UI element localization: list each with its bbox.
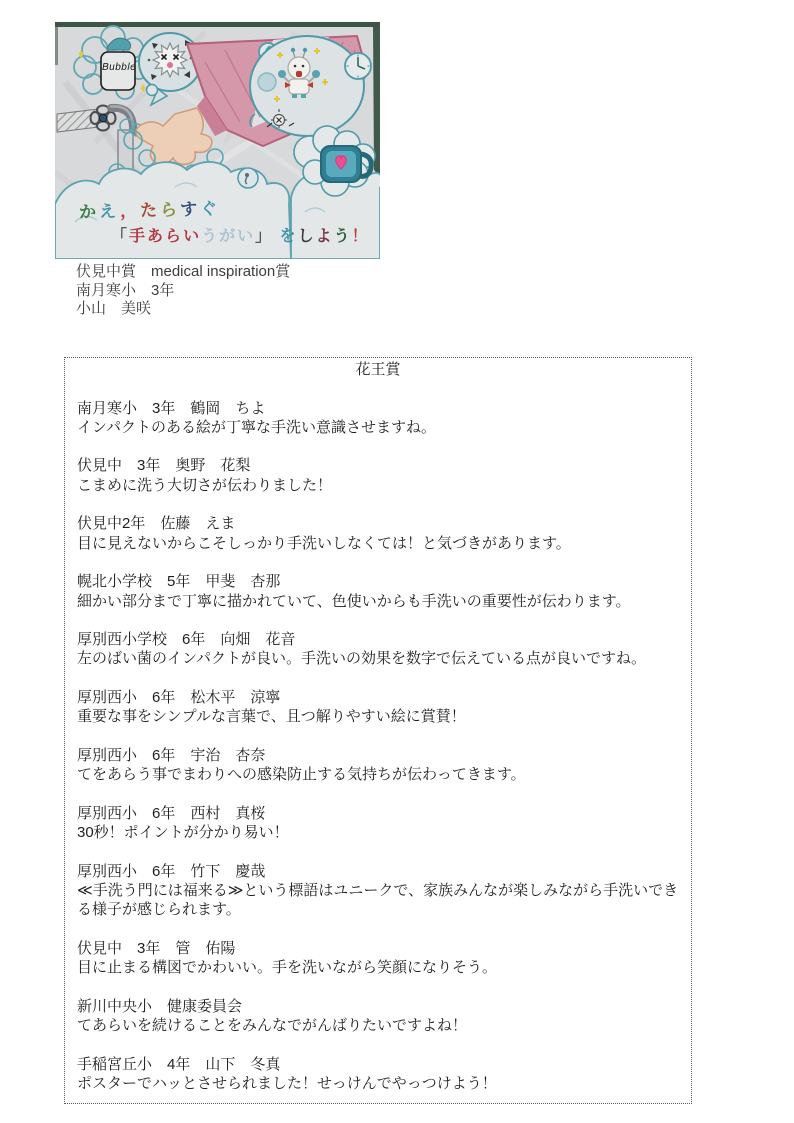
entry-comment: ≪手洗う門には福来る≫という標語はユニークで、家族みんなが楽しみながら手洗いでき… xyxy=(77,881,679,920)
award-entry: 伏見中 3年 奥野 花梨 こまめに洗う大切さが伝わりました！ xyxy=(77,456,679,495)
entry-name: 新川中央小 健康委員会 xyxy=(77,997,679,1016)
entry-comment: 30秒！ポイントが分かり易い！ xyxy=(77,823,679,842)
entry-comment: てあらいを続けることをみんなでがんばりたいですよね！ xyxy=(77,1016,679,1035)
entry-name: 手稲宮丘小 4年 山下 冬真 xyxy=(77,1055,679,1074)
award-entry: 厚別西小 6年 松木平 涼寧 重要な事をシンプルな言葉で、且つ解りやすい絵に賞賛… xyxy=(77,688,679,727)
award-entry: 手稲宮丘小 4年 山下 冬真 ポスターでハッとさせられました！せっけんでやっつけ… xyxy=(77,1055,679,1094)
entry-comment: 目に止まる構図でかわいい。手を洗いながら笑顔になりそう。 xyxy=(77,958,679,977)
entry-name: 厚別西小 6年 西村 真桜 xyxy=(77,804,679,823)
entry-name: 南月寒小 3年 鶴岡 ちよ xyxy=(77,399,679,418)
entry-name: 厚別西小 6年 竹下 慶哉 xyxy=(77,862,679,881)
poster-slogan-line1: かえ，たらすぐ xyxy=(79,194,221,223)
entry-comment: 左のばい菌のインパクトが良い。手洗いの効果を数字で伝えている点が良いですね。 xyxy=(77,649,679,668)
award-entry: 新川中央小 健康委員会 てあらいを続けることをみんなでがんばりたいですよね！ xyxy=(77,997,679,1036)
award-entry: 幌北小学校 5年 甲斐 杏那 細かい部分まで丁寧に描かれていて、色使いからも手洗… xyxy=(77,572,679,611)
entry-name: 伏見中2年 佐藤 えま xyxy=(77,514,679,533)
award-entry: 厚別西小 6年 宇治 杏奈 てをあらう事でまわりへの感染防止する気持ちが伝わって… xyxy=(77,746,679,785)
photo-caption: 伏見中賞 medical inspiration賞 南月寒小 3年 小山 美咲 xyxy=(76,263,290,319)
entry-name: 厚別西小学校 6年 向畑 花音 xyxy=(77,630,679,649)
entry-name: 厚別西小 6年 宇治 杏奈 xyxy=(77,746,679,765)
entry-comment: 細かい部分まで丁寧に描かれていて、色使いからも手洗いの重要性が伝わります。 xyxy=(77,592,679,611)
entry-comment: 重要な事をシンプルな言葉で、且つ解りやすい絵に賞賛！ xyxy=(77,707,679,726)
poster-slogan-line2: 「手あらいうがい」 をしよう！ xyxy=(111,223,370,246)
caption-award-line: 伏見中賞 medical inspiration賞 xyxy=(76,263,290,282)
kao-award-box: 花王賞 南月寒小 3年 鶴岡 ちよ インパクトのある絵が丁寧な手洗い意識させます… xyxy=(64,357,692,1104)
caption-school-line: 南月寒小 3年 xyxy=(76,282,290,301)
award-box-title: 花王賞 xyxy=(77,360,679,379)
entry-name: 伏見中 3年 管 佑陽 xyxy=(77,939,679,958)
entry-comment: ポスターでハッとさせられました！せっけんでやっつけよう！ xyxy=(77,1074,679,1093)
award-entry: 厚別西小 6年 西村 真桜 30秒！ポイントが分かり易い！ xyxy=(77,804,679,843)
soap-bottle-label: Bubble xyxy=(102,62,136,73)
entry-name: 幌北小学校 5年 甲斐 杏那 xyxy=(77,572,679,591)
entry-name: 伏見中 3年 奥野 花梨 xyxy=(77,456,679,475)
award-entry: 伏見中2年 佐藤 えま 目に見えないからこそしっかり手洗いしなくては！と気づきが… xyxy=(77,514,679,553)
entry-name: 厚別西小 6年 松木平 涼寧 xyxy=(77,688,679,707)
clock-icon xyxy=(345,53,371,79)
poster-photo: Bubble かえ，たらすぐ 「手あらいうがい」 をしよう！ xyxy=(55,22,380,259)
award-entry: 南月寒小 3年 鶴岡 ちよ インパクトのある絵が丁寧な手洗い意識させますね。 xyxy=(77,399,679,438)
entry-comment: インパクトのある絵が丁寧な手洗い意識させますね。 xyxy=(77,418,679,437)
figure-bubble xyxy=(238,168,258,188)
award-entry: 伏見中 3年 管 佑陽 目に止まる構図でかわいい。手を洗いながら笑顔になりそう。 xyxy=(77,939,679,978)
entry-comment: 目に見えないからこそしっかり手洗いしなくては！と気づきがあります。 xyxy=(77,534,679,553)
entry-comment: てをあらう事でまわりへの感染防止する気持ちが伝わってきます。 xyxy=(77,765,679,784)
caption-student-line: 小山 美咲 xyxy=(76,300,290,319)
award-entry: 厚別西小学校 6年 向畑 花音 左のばい菌のインパクトが良い。手洗いの効果を数字… xyxy=(77,630,679,669)
entry-comment: こまめに洗う大切さが伝わりました！ xyxy=(77,476,679,495)
award-entry: 厚別西小 6年 竹下 慶哉 ≪手洗う門には福来る≫という標語はユニークで、家族み… xyxy=(77,862,679,920)
